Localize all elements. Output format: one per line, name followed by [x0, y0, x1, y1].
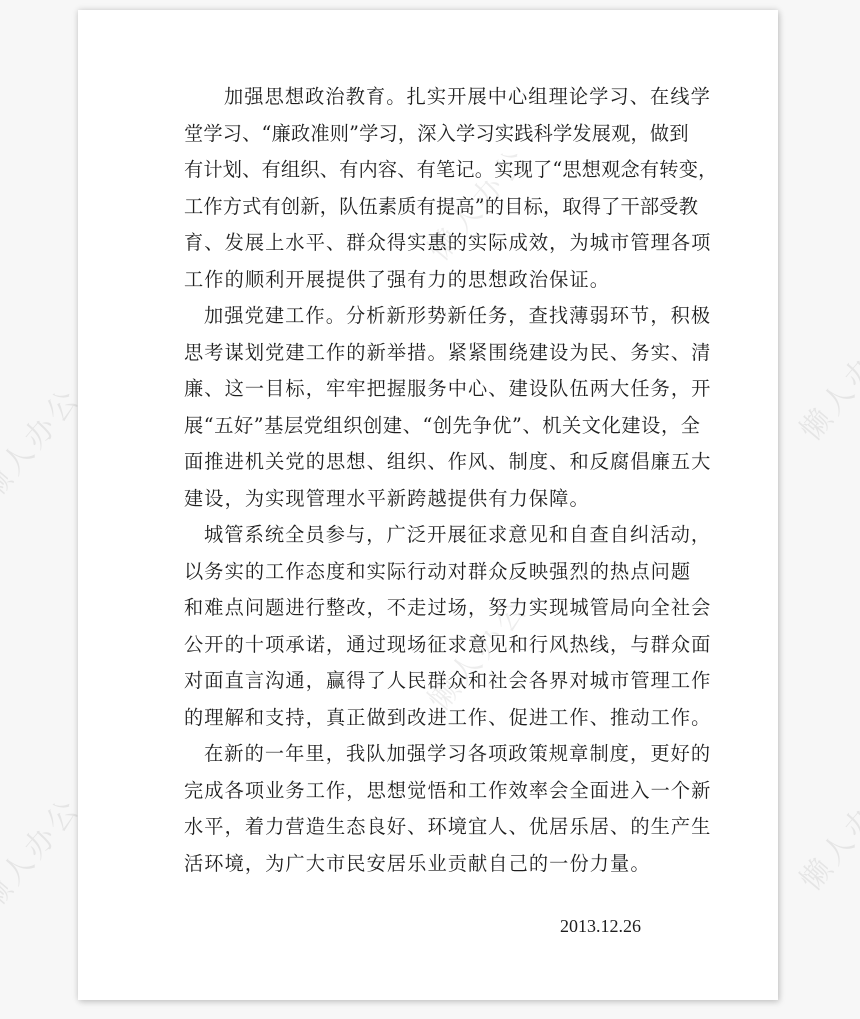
paragraph-party-building: 加强党建工作。分析新形势新任务，查找薄弱环节，积极 思考谋划党建工作的新举措。紧…	[184, 301, 684, 520]
text-line: 完成各项业务工作，思想觉悟和工作效率会全面进入一个新	[184, 776, 684, 813]
text-line: 城管系统全员参与，广泛开展征求意见和自查自纠活动，	[184, 520, 684, 557]
text-line: 对面直言沟通，赢得了人民群众和社会各界对城市管理工作	[184, 666, 684, 703]
paragraph-new-year: 在新的一年里，我队加强学习各项政策规章制度，更好的 完成各项业务工作，思想觉悟和…	[184, 739, 684, 885]
text-line: 思考谋划党建工作的新举措。紧紧围绕建设为民、务实、清	[184, 338, 684, 375]
paragraph-political-education: 加强思想政治教育。扎实开展中心组理论学习、在线学 堂学习、“廉政准则”学习，深入…	[184, 82, 684, 301]
watermark: 懒人办公	[0, 786, 89, 918]
text-line: 廉、这一目标，牢牢把握服务中心、建设队伍两大任务，开	[184, 374, 684, 411]
watermark: 懒人办公	[787, 766, 860, 898]
text-line: 堂学习、“廉政准则”学习，深入学习实践科学发展观，做到	[184, 119, 684, 156]
paragraph-city-management: 城管系统全员参与，广泛开展征求意见和自查自纠活动， 以务实的工作态度和实际行动对…	[184, 520, 684, 739]
signature-block: 2013.12.26	[78, 710, 778, 750]
text-line: 以务实的工作态度和实际行动对群众反映强烈的热点问题	[184, 557, 684, 594]
text-line: 公开的十项承诺，通过现场征求意见和行风热线，与群众面	[184, 630, 684, 667]
text-line: 育、发展上水平、群众得实惠的实际成效，为城市管理各项	[184, 228, 684, 265]
text-line: 建设，为实现管理水平新跨越提供有力保障。	[184, 484, 684, 521]
text-line: 展“五好”基层党组织创建、“创先争优”、机关文化建设，全	[184, 411, 684, 448]
document-body: 加强思想政治教育。扎实开展中心组理论学习、在线学 堂学习、“廉政准则”学习，深入…	[184, 82, 684, 885]
text-line: 加强党建工作。分析新形势新任务，查找薄弱环节，积极	[184, 301, 684, 338]
document-viewer: 懒人办公 懒人办公 懒人办公 懒人办公 懒人办公 懒人办公 加强思想政治教育。扎…	[0, 0, 860, 1019]
text-line: 面推进机关党的思想、组织、作风、制度、和反腐倡廉五大	[184, 447, 684, 484]
text-line: 水平，着力营造生态良好、环境宜人、优居乐居、的生产生	[184, 812, 684, 849]
text-line: 活环境，为广大市民安居乐业贡献自己的一份力量。	[184, 849, 684, 886]
watermark: 懒人办公	[787, 316, 860, 448]
text-line: 工作方式有创新，队伍素质有提高”的目标，取得了干部受教	[184, 192, 684, 229]
text-line: 和难点问题进行整改，不走过场，努力实现城管局向全社会	[184, 593, 684, 630]
document-page: 懒人办公 懒人办公 加强思想政治教育。扎实开展中心组理论学习、在线学 堂学习、“…	[78, 10, 778, 1000]
text-line: 有计划、有组织、有内容、有笔记。实现了“思想观念有转变，	[184, 155, 684, 192]
document-date: 2013.12.26	[560, 916, 641, 937]
text-line: 加强思想政治教育。扎实开展中心组理论学习、在线学	[184, 82, 684, 119]
text-line: 工作的顺利开展提供了强有力的思想政治保证。	[184, 265, 684, 302]
watermark: 懒人办公	[0, 376, 89, 508]
